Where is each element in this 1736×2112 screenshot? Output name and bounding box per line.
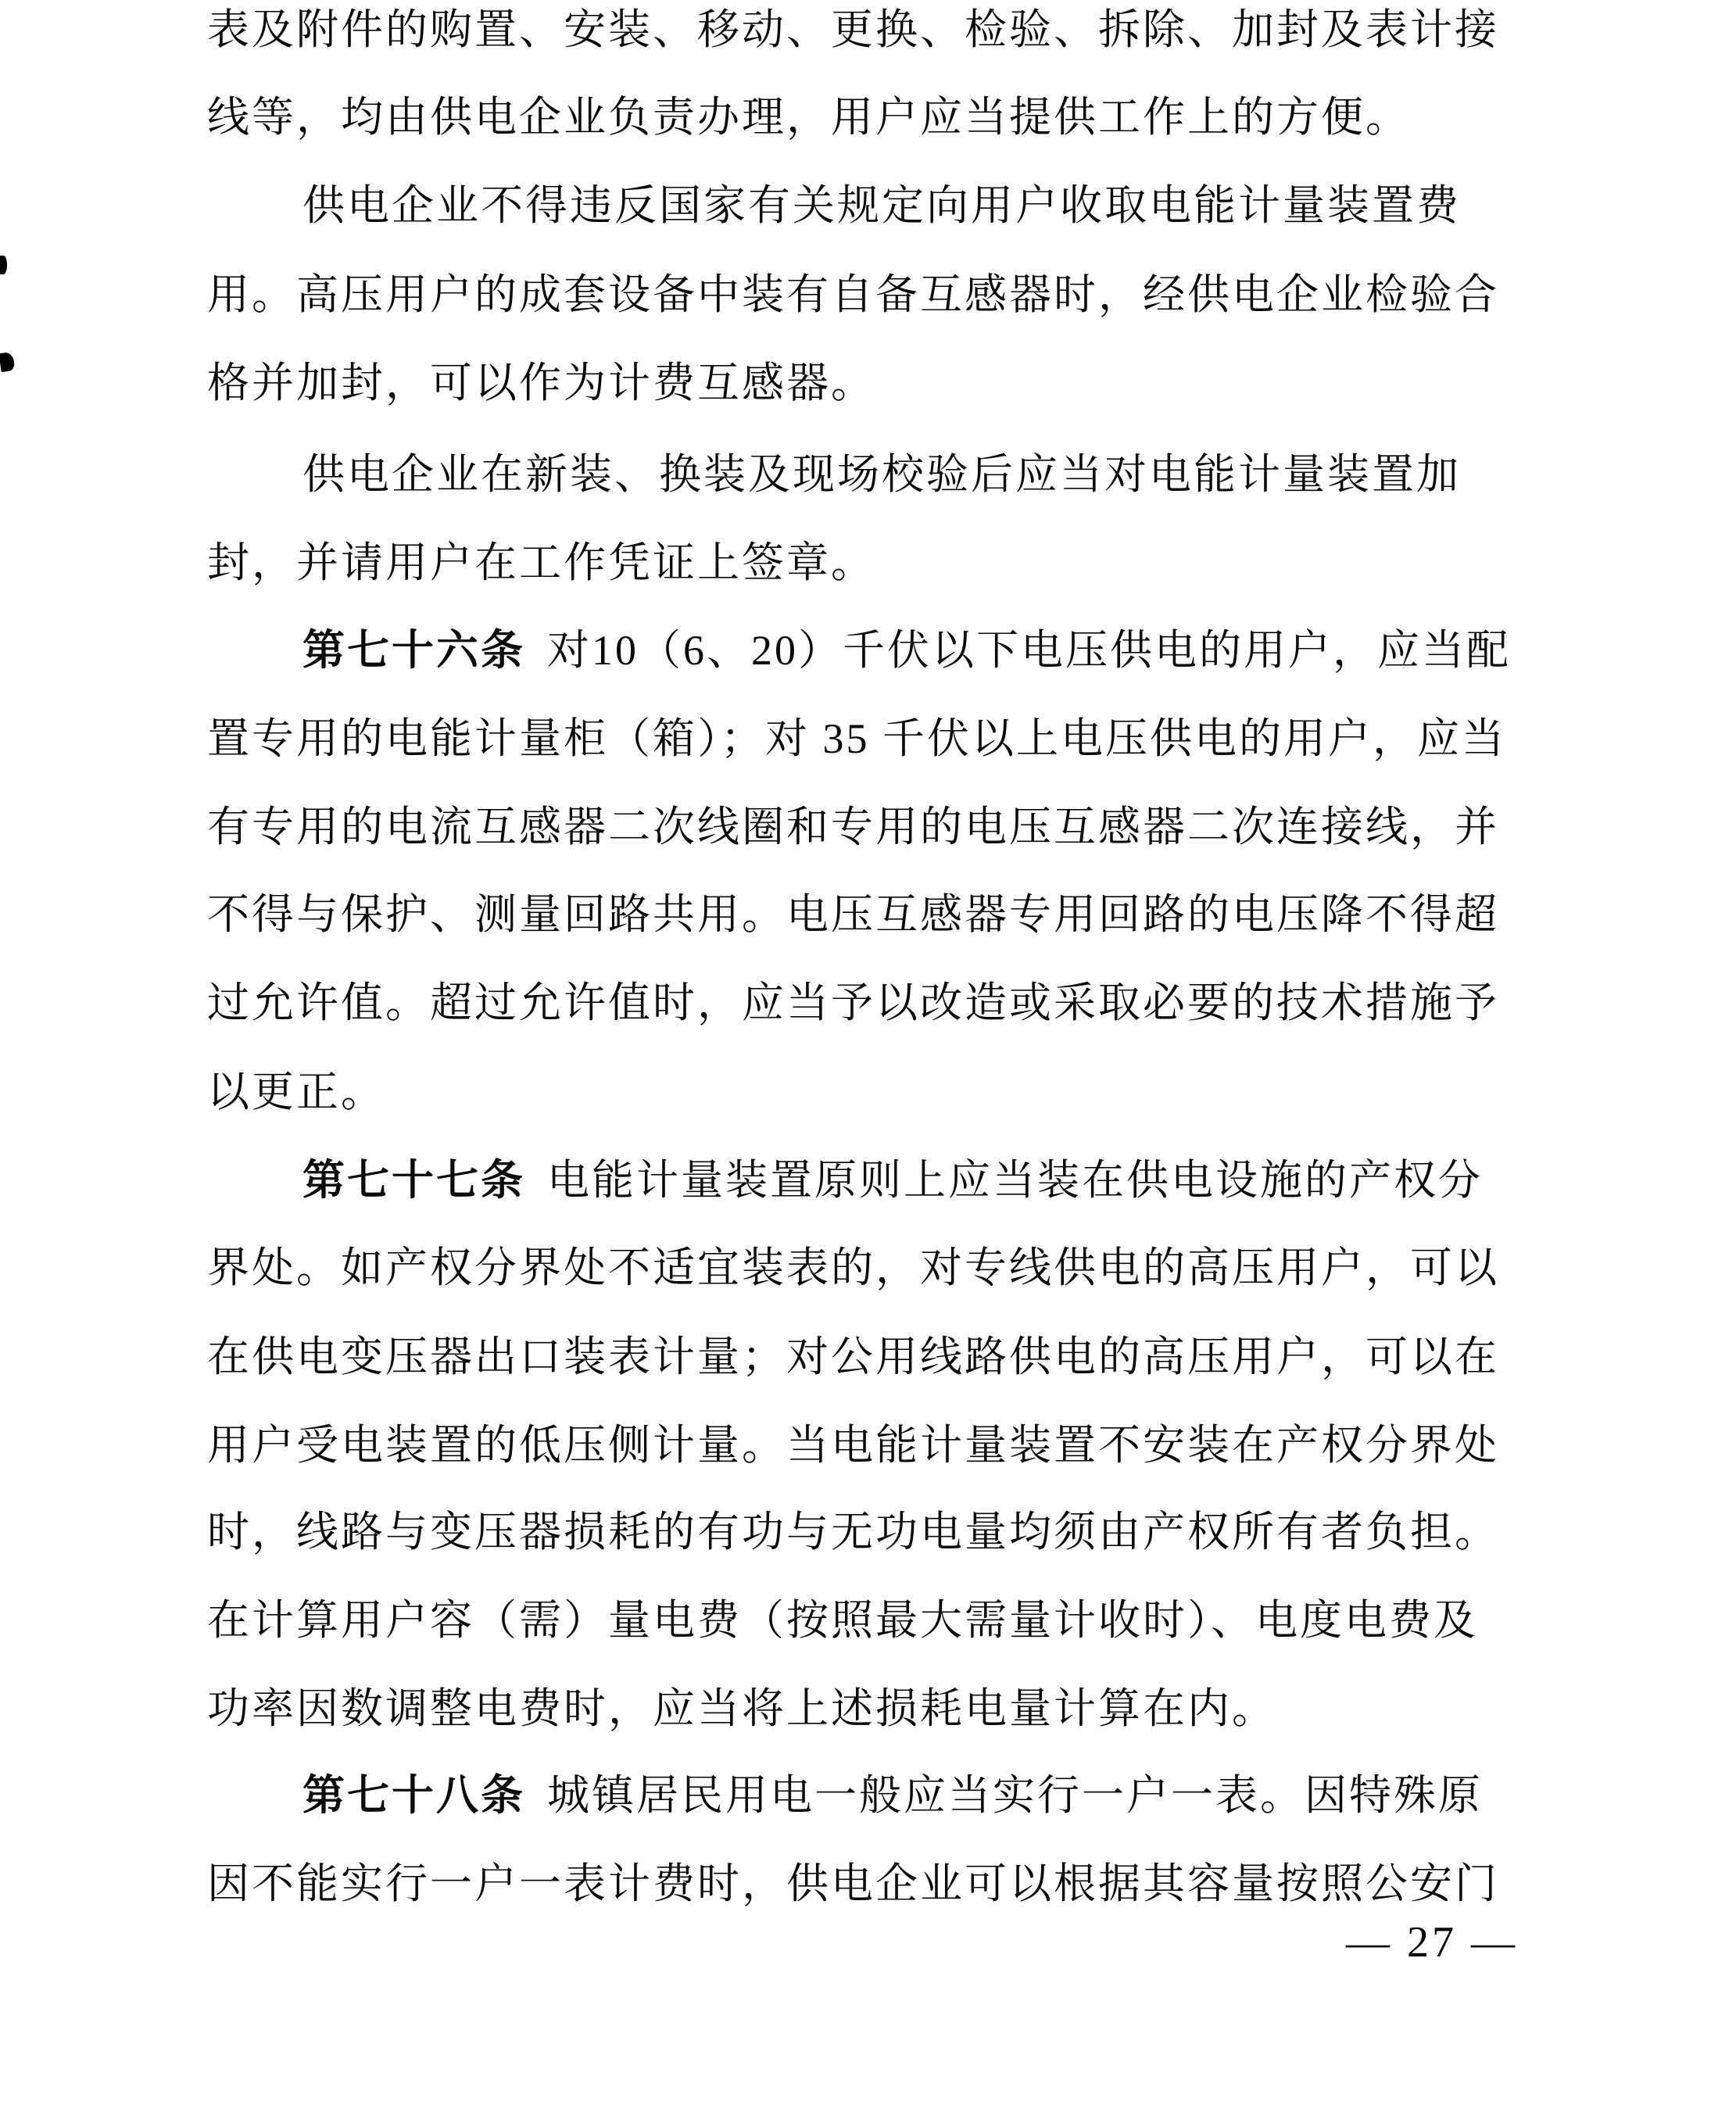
ink-smudge <box>0 256 7 274</box>
line-text: 表及附件的购置、安装、移动、更换、检验、拆除、加封及表计接 <box>207 6 1499 53</box>
text-line: 封，并请用户在工作凭证上签章。 <box>207 539 1528 586</box>
line-text: 功率因数调整电费时，应当将上述损耗电量计算在内。 <box>207 1685 1276 1732</box>
line-text: 供电企业不得违反国家有关规定向用户收取电能计量装置费 <box>302 182 1461 229</box>
line-text: 供电企业在新装、换装及现场校验后应当对电能计量装置加 <box>302 451 1461 498</box>
text-line: 供电企业不得违反国家有关规定向用户收取电能计量装置费 <box>207 182 1623 229</box>
text-line: 供电企业在新装、换装及现场校验后应当对电能计量装置加 <box>207 451 1623 498</box>
article-number: 第七十七条 <box>302 1157 525 1204</box>
line-text: 有专用的电流互感器二次线圈和专用的电压互感器二次连接线，并 <box>207 804 1499 850</box>
text-line: 线等，均由供电企业负责办理，用户应当提供工作上的方便。 <box>207 94 1528 141</box>
line-text: 城镇居民用电一般应当实行一户一表。因特殊原 <box>547 1772 1483 1819</box>
text-line: 有专用的电流互感器二次线圈和专用的电压互感器二次连接线，并 <box>207 804 1528 850</box>
text-line: 用户受电装置的低压侧计量。当电能计量装置不安装在产权分界处 <box>207 1422 1528 1469</box>
scanned-document-page: 表及附件的购置、安装、移动、更换、检验、拆除、加封及表计接 线等，均由供电企业负… <box>0 0 1736 2112</box>
line-text: 线等，均由供电企业负责办理，用户应当提供工作上的方便。 <box>207 94 1410 141</box>
text-line: 过允许值。超过允许值时，应当予以改造或采取必要的技术措施予 <box>207 979 1528 1026</box>
ink-smudge <box>0 352 16 372</box>
line-text: 电能计量装置原则上应当装在供电设施的产权分 <box>547 1157 1483 1204</box>
text-line: 格并加封，可以作为计费互感器。 <box>207 360 1528 406</box>
text-line: 第七十八条城镇居民用电一般应当实行一户一表。因特殊原 <box>207 1772 1623 1819</box>
line-text: 置专用的电能计量柜（箱）；对 35 千伏以上电压供电的用户，应当 <box>207 715 1506 762</box>
line-text: 以更正。 <box>207 1069 385 1115</box>
text-line: 表及附件的购置、安装、移动、更换、检验、拆除、加封及表计接 <box>207 6 1528 53</box>
text-line: 第七十七条电能计量装置原则上应当装在供电设施的产权分 <box>207 1157 1623 1204</box>
text-line: 在供电变压器出口装表计量；对公用线路供电的高压用户，可以在 <box>207 1333 1528 1380</box>
line-text: 在计算用户容（需）量电费（按照最大需量计收时）、电度电费及 <box>207 1597 1478 1644</box>
text-line: 因不能实行一户一表计费时，供电企业可以根据其容量按照公安门 <box>207 1860 1528 1907</box>
line-text: 因不能实行一户一表计费时，供电企业可以根据其容量按照公安门 <box>207 1860 1499 1907</box>
line-text: 格并加封，可以作为计费互感器。 <box>207 360 875 406</box>
text-line: 界处。如产权分界处不适宜装表的，对专线供电的高压用户，可以 <box>207 1244 1528 1291</box>
line-text: 界处。如产权分界处不适宜装表的，对专线供电的高压用户，可以 <box>207 1244 1499 1291</box>
text-line: 功率因数调整电费时，应当将上述损耗电量计算在内。 <box>207 1685 1528 1732</box>
text-line: 第七十六条对10（6、20）千伏以下电压供电的用户，应当配 <box>207 627 1623 674</box>
line-text: 对10（6、20）千伏以下电压供电的用户，应当配 <box>547 627 1511 674</box>
line-text: 在供电变压器出口装表计量；对公用线路供电的高压用户，可以在 <box>207 1333 1499 1380</box>
line-text: 用户受电装置的低压侧计量。当电能计量装置不安装在产权分界处 <box>207 1422 1499 1469</box>
line-text: 不得与保护、测量回路共用。电压互感器专用回路的电压降不得超 <box>207 891 1499 938</box>
line-text: 时，线路与变压器损耗的有功与无功电量均须由产权所有者负担。 <box>207 1509 1499 1555</box>
line-text: 封，并请用户在工作凭证上签章。 <box>207 539 875 586</box>
line-text: 用。高压用户的成套设备中装有自备互感器时，经供电企业检验合 <box>207 271 1499 318</box>
line-text: 过允许值。超过允许值时，应当予以改造或采取必要的技术措施予 <box>207 979 1499 1026</box>
text-line: 不得与保护、测量回路共用。电压互感器专用回路的电压降不得超 <box>207 891 1528 938</box>
text-line: 以更正。 <box>207 1069 1528 1115</box>
text-line: 用。高压用户的成套设备中装有自备互感器时，经供电企业检验合 <box>207 271 1528 318</box>
text-line: 在计算用户容（需）量电费（按照最大需量计收时）、电度电费及 <box>207 1597 1528 1644</box>
article-number: 第七十八条 <box>302 1772 525 1819</box>
text-line: 置专用的电能计量柜（箱）；对 35 千伏以上电压供电的用户，应当 <box>207 715 1528 762</box>
text-line: 时，线路与变压器损耗的有功与无功电量均须由产权所有者负担。 <box>207 1509 1528 1555</box>
article-number: 第七十六条 <box>302 627 525 674</box>
page-number: — 27 — <box>1346 1919 1518 1966</box>
